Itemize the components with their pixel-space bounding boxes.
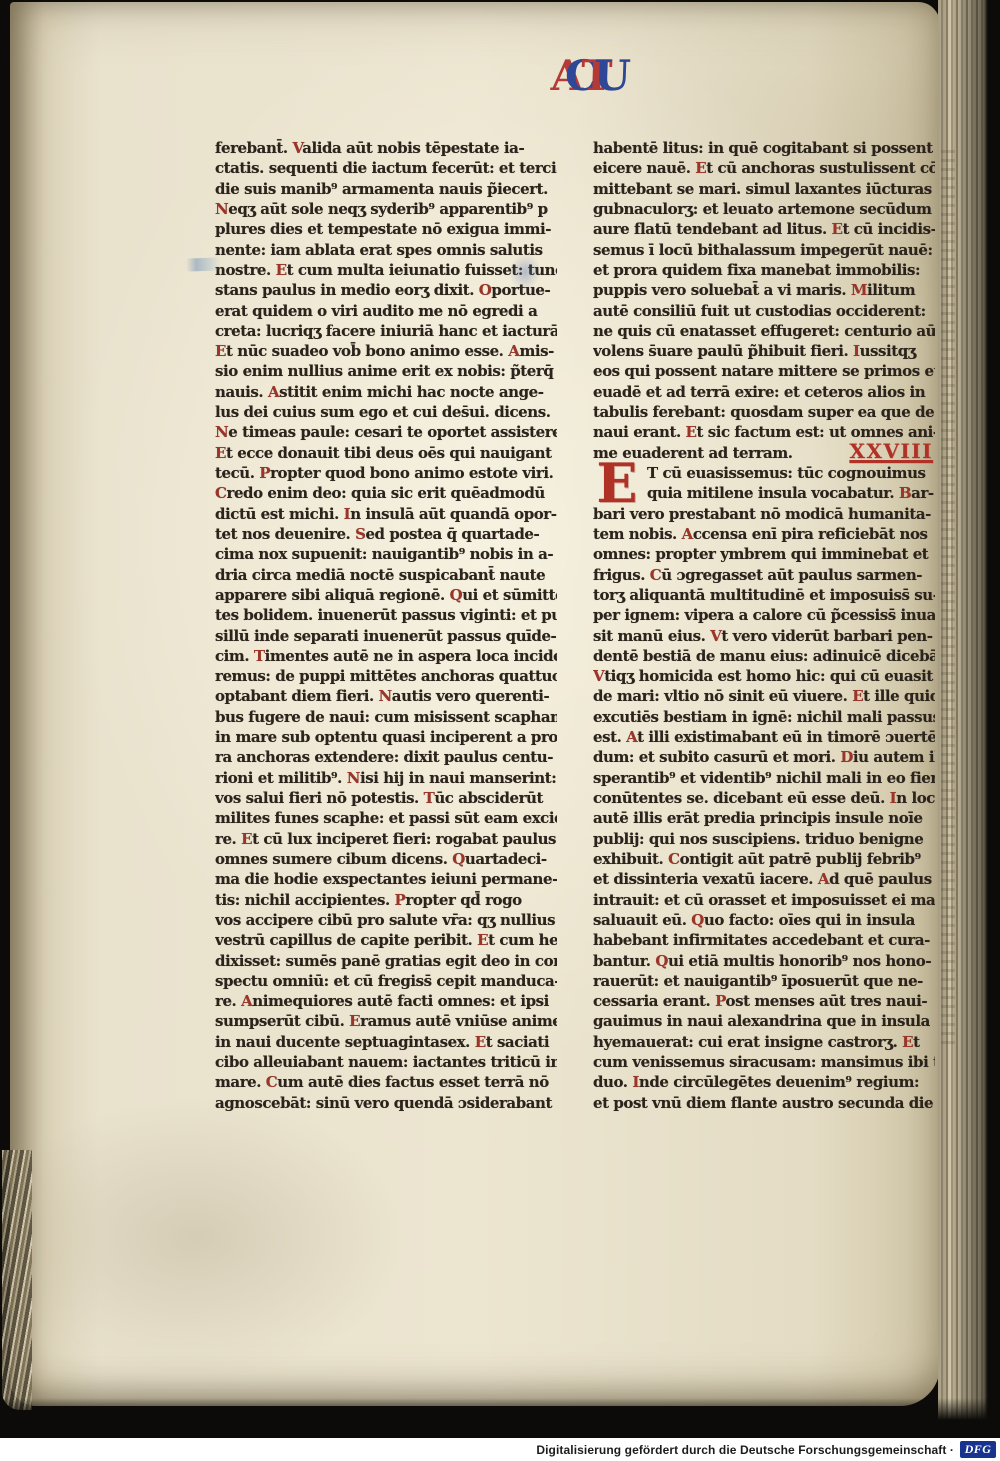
- text-line: nauis. Astitit enim michi hac nocte ange…: [215, 382, 557, 402]
- text-line: hyemauerat: cui erat insigne castrorʒ. E…: [593, 1032, 935, 1052]
- text-line: mittebant se mari. simul laxantes iūctur…: [593, 179, 935, 199]
- gutter-page-edges: [2, 1150, 32, 1410]
- text-line: sumpserūt cibū. Eramus autē vniūse anime: [215, 1011, 557, 1031]
- scan-background: [0, 1398, 1000, 1438]
- text-line: sit manū eius. Vt vero viderūt barbari p…: [593, 626, 935, 646]
- text-line: dixisset: sumēs panē gratias egit deo in…: [215, 951, 557, 971]
- text-line: gubnaculorʒ: et leuato artemone secūdum: [593, 199, 935, 219]
- text-line: dum: et subito casurū et mori. Diu autem…: [593, 747, 935, 767]
- text-line: autē consiliū fuit ut custodias occidere…: [593, 301, 935, 321]
- text-line: dictū est michi. In insulā aūt quandā op…: [215, 504, 557, 524]
- text-line: omnes: propter ymbrem qui imminebat et: [593, 544, 935, 564]
- text-line: eicere nauē. Et cū anchoras sustulissent…: [593, 158, 935, 178]
- text-line: nente: iam ablata erat spes omnis saluti…: [215, 240, 557, 260]
- text-line: agnoscebāt: sinū vero quendā ɔsiderabant: [215, 1093, 557, 1113]
- text-line: intrauit: et cū orasset et imposuisset e…: [593, 890, 935, 910]
- text-line: cum venissemus siracusam: mansimus ibi t…: [593, 1052, 935, 1072]
- text-line: in naui ducente septuagintasex. Et sacia…: [215, 1032, 557, 1052]
- text-line: euadē et ad terrā exire: et ceteros alio…: [593, 382, 935, 402]
- text-line: optabant diem fieri. Nautis vero querent…: [215, 686, 557, 706]
- digitization-credit-text: Digitalisierung gefördert durch die Deut…: [536, 1443, 954, 1457]
- text-line: et dissinteria vexatū iacere. Ad quē pau…: [593, 869, 935, 889]
- text-line: sperantib⁹ et videntib⁹ nichil mali in e…: [593, 768, 935, 788]
- text-line: publij: qui nos suscipiens. triduo benig…: [593, 829, 935, 849]
- text-line: bus fugere de naui: cum misissent scapha…: [215, 707, 557, 727]
- text-line: habebant infirmitates accedebant et cura…: [593, 930, 935, 950]
- scanned-manuscript-page: { "header": { "title_letters": [ {"ch": …: [0, 0, 1000, 1461]
- digitization-credit-bar: Digitalisierung gefördert durch die Deut…: [0, 1438, 1000, 1461]
- text-line: autē illis erāt predia principis insule …: [593, 808, 935, 828]
- text-line: T cū euasissemus: tūc cognouimus: [593, 463, 935, 483]
- chapter-initial-letter: E: [593, 461, 643, 505]
- text-line: Et ecce donauit tibi deus oēs qui nauiga…: [215, 443, 557, 463]
- text-line: tabulis ferebant: quosdam super ea que d…: [593, 402, 935, 422]
- text-line: tem nobis. Accensa enī pira reficiebāt n…: [593, 524, 935, 544]
- running-title-actu: ACTU: [510, 52, 680, 104]
- text-line: die suis manib⁹ armamenta nauis p̃iecert…: [215, 179, 557, 199]
- text-line: sillū inde separati inuenerūt passus quī…: [215, 626, 557, 646]
- text-line: plures dies et tempestate nō exigua immi…: [215, 219, 557, 239]
- text-line: vos accipere cibū pro salute vr̄a: qʒ nu…: [215, 910, 557, 930]
- text-line: aure flatū tendebant ad litus. Et cū inc…: [593, 219, 935, 239]
- text-line: ra anchoras extendere: dixit paulus cent…: [215, 747, 557, 767]
- text-line: cima nox supuenit: nauigantib⁹ nobis in …: [215, 544, 557, 564]
- text-line: gauimus in naui alexandrina que in insul…: [593, 1011, 935, 1031]
- text-line: Neqʒ aūt sole neqʒ syderib⁹ apparentib⁹ …: [215, 199, 557, 219]
- text-line: creta: lucriqʒ facere iniuriā hanc et ia…: [215, 321, 557, 341]
- text-line: lus dei cuius sum ego et cui des̄ui. dic…: [215, 402, 557, 422]
- chapter-number: XXVIII: [849, 441, 933, 461]
- text-line: re. Et cū lux inciperet fieri: rogabat p…: [215, 829, 557, 849]
- text-line: spectu omniū: et cū fregiss̄ cepit mandu…: [215, 971, 557, 991]
- text-line: excutiēs bestiam in ignē: nichil mali pa…: [593, 707, 935, 727]
- text-line: per ignem: vipera a calore cū p̃cessiss̄…: [593, 605, 935, 625]
- text-line: cibo alleuiabant nauem: iactantes tritic…: [215, 1052, 557, 1072]
- text-line: bari vero prestabant nō modicā humanita-: [593, 504, 935, 524]
- text-line: apparere sibi aliquā regionē. Qui et sūm…: [215, 585, 557, 605]
- text-line: habentē litus: in quē cogitabant si poss…: [593, 138, 935, 158]
- text-line: et prora quidem fixa manebat immobilis:: [593, 260, 935, 280]
- text-line: ne quis cū enatasset effugeret: centurio…: [593, 321, 935, 341]
- text-line: saluauit eū. Quo facto: oīes qui in insu…: [593, 910, 935, 930]
- text-line: Credo enim deo: quia sic erit quēadmodū: [215, 483, 557, 503]
- fore-edge-text-fragments: [941, 150, 955, 1050]
- text-line: milites funes scaphe: et passi sūt eam e…: [215, 808, 557, 828]
- running-title-letter: U: [602, 52, 622, 100]
- text-line: Vtiqʒ homicida est homo hic: qui cū euas…: [593, 666, 935, 686]
- text-line: puppis vero soluebat̄ a vi maris. Militu…: [593, 280, 935, 300]
- text-line: tes bolidem. inuenerūt passus viginti: e…: [215, 605, 557, 625]
- text-line: vestrū capillus de capite peribit. Et cu…: [215, 930, 557, 950]
- text-line: conūtentes se. dicebant eū esse deū. In …: [593, 788, 935, 808]
- text-line: quia mitilene insula vocabatur. Bar-: [593, 483, 935, 503]
- text-line: in mare sub optentu quasi inciperent a p…: [215, 727, 557, 747]
- text-line: erat quidem o viri audito me nō egredi a: [215, 301, 557, 321]
- text-line: torʒ aliquantā multitudinē et imposuiss̄…: [593, 585, 935, 605]
- ink-smudge: [505, 250, 544, 294]
- manuscript-page: ACTU ferebant̄. Valida aūt nobis tēpesta…: [10, 2, 940, 1406]
- text-line: nostre. Et cum multa ieiunatio fuisset: …: [215, 260, 557, 280]
- text-line: dentē bestiā de manu eius: adinuicē dice…: [593, 646, 935, 666]
- text-line: cim. Timentes autē ne in aspera loca inc…: [215, 646, 557, 666]
- text-line: dria circa mediā noctē suspicabant̄ naut…: [215, 565, 557, 585]
- dfg-logo: DFG: [960, 1441, 996, 1458]
- text-line: vos salui fieri nō potestis. Tūc abscide…: [215, 788, 557, 808]
- text-line: est. At illi existimabant eū in timorē ɔ…: [593, 727, 935, 747]
- text-line: rioni et militib⁹. Nisi hij in naui mans…: [215, 768, 557, 788]
- text-line: exhibuit. Contigit aūt patrē publij febr…: [593, 849, 935, 869]
- text-line: volens s̄uare paulū p̃hibuit fieri. Iuss…: [593, 341, 935, 361]
- text-line: omnes sumere cibum dicens. Quartadeci-: [215, 849, 557, 869]
- text-line: remus: de puppi mittētes anchoras quattu…: [215, 666, 557, 686]
- text-line: me euaderent ad terram.XXVIII: [593, 443, 935, 463]
- text-line: rauerūt: et nauigantib⁹ īposuerūt que ne…: [593, 971, 935, 991]
- text-line: de mari: vltio nō sinit eū viuere. Et il…: [593, 686, 935, 706]
- text-line: semus ī locū bithalassum impegerūt nauē:: [593, 240, 935, 260]
- text-line: eos qui possent natare mittere se primos…: [593, 361, 935, 381]
- text-line: ferebant̄. Valida aūt nobis tēpestate ia…: [215, 138, 557, 158]
- text-line: tis: nichil accipientes. Propter qd̄ rog…: [215, 890, 557, 910]
- text-line: bantur. Qui etiā multis honorib⁹ nos hon…: [593, 951, 935, 971]
- text-line: ma die hodie exspectantes ieiuni permane…: [215, 869, 557, 889]
- text-line: duo. Inde circūlegētes deuenim⁹ regium:: [593, 1072, 935, 1092]
- text-line: Ne timeas paule: cesari te oportet assis…: [215, 422, 557, 442]
- text-line: mare. Cum autē dies factus esset terrā n…: [215, 1072, 557, 1092]
- text-line: tet nos deuenire. Sed postea q̄ quartade…: [215, 524, 557, 544]
- bookmark-sliver: [186, 257, 220, 271]
- text-line: cessaria erant. Post menses aūt tres nau…: [593, 991, 935, 1011]
- text-column-right: habentē litus: in quē cogitabant si poss…: [593, 138, 935, 1126]
- text-line: et post vnū diem flante austro secunda d…: [593, 1093, 935, 1113]
- text-line: frigus. Cū ɔgregasset aūt paulus sarmen-: [593, 565, 935, 585]
- text-line: re. Animequiores autē facti omnes: et ip…: [215, 991, 557, 1011]
- text-line: ctatis. sequenti die iactum fecerūt: et …: [215, 158, 557, 178]
- text-line: Et nūc suadeo vob̄ bono animo esse. Amis…: [215, 341, 557, 361]
- text-line: sio enim nullius anime erit ex nobis: p̃…: [215, 361, 557, 381]
- text-line: tecū. Propter quod bono animo estote vir…: [215, 463, 557, 483]
